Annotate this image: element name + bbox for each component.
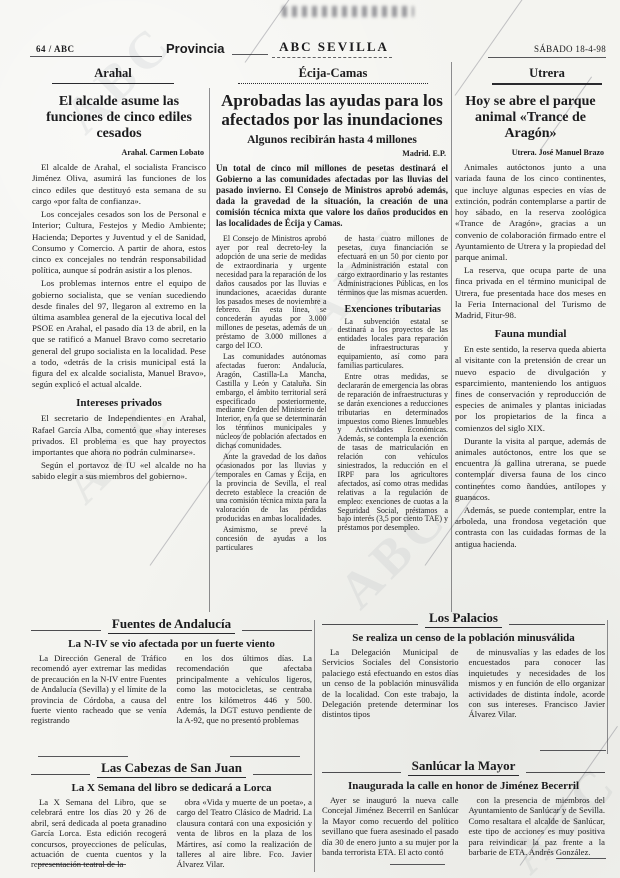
section-columns: La Delegación Municipal de Servicios Soc… — [322, 647, 605, 720]
byline: Arahal. Carmen Lobato — [32, 148, 204, 157]
column-rule — [209, 88, 210, 612]
section-los-palacios: Los Palacios Se realiza un censo de la p… — [322, 610, 605, 752]
section-headline: Inaugurada la calle en honor de Jiménez … — [322, 780, 605, 792]
paragraph: Ayer se inauguró la nueva calle Concejal… — [322, 795, 459, 857]
rule — [30, 56, 162, 57]
section-headline: La N-IV se vio afectada por un fuerte vi… — [31, 638, 312, 650]
newspaper-page: ABC ABC ABC ABC ABC 64 / ABC Provincia A… — [0, 0, 620, 878]
byline: Madrid. E.P. — [216, 149, 446, 158]
rule — [390, 864, 445, 865]
article-column-left: El Consejo de Ministros aprobó ayer por … — [216, 235, 327, 555]
paragraph: Además, se puede contemplar, entre la ar… — [455, 505, 606, 550]
article-columns: El Consejo de Ministros aprobó ayer por … — [216, 235, 448, 555]
paragraph: El alcalde de Arahal, el socialista Fran… — [32, 162, 206, 207]
paragraph: Durante la visita al parque, además de a… — [455, 436, 606, 503]
article-deck: Algunos recibirán hasta 4 millones — [216, 134, 448, 146]
section-kicker: Fuentes de Andalucía — [108, 616, 235, 634]
section-headline: La X Semana del libro se dedicará a Lorc… — [31, 782, 312, 794]
paragraph: La Dirección General de Tráfico recomend… — [31, 653, 167, 726]
date-label: SÁBADO 18-4-98 — [534, 44, 606, 54]
crosshead: Exenciones tributarias — [338, 304, 449, 315]
rule — [232, 54, 268, 55]
section-label: Provincia — [166, 41, 225, 56]
rule — [38, 864, 126, 865]
crosshead: Intereses privados — [32, 397, 206, 409]
article-title: Hoy se abre el parque animal «Trance de … — [455, 94, 606, 142]
article-column-right: de hasta cuatro millones de pesetas, cuy… — [338, 235, 449, 555]
page-number: 64 / ABC — [36, 44, 75, 54]
section-las-cabezas-de-san-juan: Las Cabezas de San Juan La X Semana del … — [31, 760, 312, 874]
article-arahal: El alcalde asume las funciones de cinco … — [32, 94, 206, 612]
article-title: El alcalde asume las funciones de cinco … — [32, 94, 206, 142]
paragraph: en los dos últimos días. La recomendació… — [177, 653, 313, 726]
section-columns: Ayer se inauguró la nueva calle Concejal… — [322, 795, 605, 857]
paragraph: La Delegación Municipal de Servicios Soc… — [322, 647, 459, 720]
paragraph: Asimismo, se prevé la concesión de ayuda… — [216, 526, 327, 553]
paragraph: La subvención estatal se destinará a los… — [338, 318, 449, 371]
rule — [230, 756, 300, 757]
paragraph: El Consejo de Ministros aprobó ayer por … — [216, 235, 327, 351]
rule — [488, 57, 606, 58]
section-kicker: Las Cabezas de San Juan — [97, 760, 246, 778]
paragraph: Los concejales cesados son los de Person… — [32, 209, 206, 276]
section-headline: Se realiza un censo de la población minu… — [322, 632, 605, 644]
rule — [556, 858, 606, 859]
paragraph: de minusvalías y las edades de los encue… — [469, 647, 606, 720]
paragraph: Según el portavoz de IU «el alcalde no h… — [32, 460, 206, 482]
crosshead: Fauna mundial — [455, 328, 606, 340]
section-kicker: Sanlúcar la Mayor — [408, 758, 520, 776]
paragraph: Los problemas internos entre el equipo d… — [32, 278, 206, 390]
section-columns: La X Semana del Libro, que se celebrará … — [31, 797, 312, 870]
section-kicker: Los Palacios — [425, 610, 502, 628]
section-kicker-row: Sanlúcar la Mayor — [322, 758, 605, 776]
paragraph: La X Semana del Libro, que se celebrará … — [31, 797, 167, 870]
byline: Utrera. José Manuel Brazo — [455, 148, 604, 157]
rule — [38, 756, 128, 757]
paragraph: Animales autóctonos junto a una variada … — [455, 162, 606, 263]
paragraph: obra «Vida y muerte de un poeta», a carg… — [177, 797, 313, 870]
paragraph: de hasta cuatro millones de pesetas, cuy… — [338, 235, 449, 297]
paragraph: Entre otras medidas, se declararán de em… — [338, 373, 449, 533]
column-rule — [607, 620, 608, 754]
article-ecija-camas: Aprobadas las ayudas para los afectados … — [216, 92, 448, 612]
rule — [272, 57, 392, 58]
paragraph: con la presencia de miembros del Ayuntam… — [469, 795, 606, 857]
column-rule — [451, 62, 452, 612]
rule — [540, 750, 606, 751]
paragraph: La reserva, que ocupa parte de una finca… — [455, 265, 606, 321]
section-kicker-row: Los Palacios — [322, 610, 605, 628]
section-kicker-row: Las Cabezas de San Juan — [31, 760, 312, 778]
paragraph: En este sentido, la reserva queda abiert… — [455, 344, 606, 434]
kicker-arahal: Arahal — [52, 66, 174, 84]
kicker-ecija-camas: Écija-Camas — [238, 66, 428, 84]
paragraph: Las comunidades autónomas afectadas fuer… — [216, 353, 327, 451]
article-title: Aprobadas las ayudas para los afectados … — [216, 92, 448, 129]
masthead: ABC SEVILLA — [268, 39, 400, 55]
lead-paragraph: Un total de cinco mil millones de peseta… — [216, 163, 448, 229]
column-rule — [314, 620, 315, 872]
section-sanlucar-la-mayor: Sanlúcar la Mayor Inaugurada la calle en… — [322, 758, 605, 874]
kicker-utrera: Utrera — [492, 66, 602, 85]
paragraph: El secretario de Independientes en Araha… — [32, 413, 206, 458]
section-fuentes-de-andalucia: Fuentes de Andalucía La N-IV se vio afec… — [31, 616, 312, 754]
article-utrera: Hoy se abre el parque animal «Trance de … — [455, 94, 606, 612]
section-kicker-row: Fuentes de Andalucía — [31, 616, 312, 634]
scan-smudge — [282, 6, 414, 17]
section-columns: La Dirección General de Tráfico recomend… — [31, 653, 312, 726]
paragraph: Ante la gravedad de los daños ocasionado… — [216, 453, 327, 524]
